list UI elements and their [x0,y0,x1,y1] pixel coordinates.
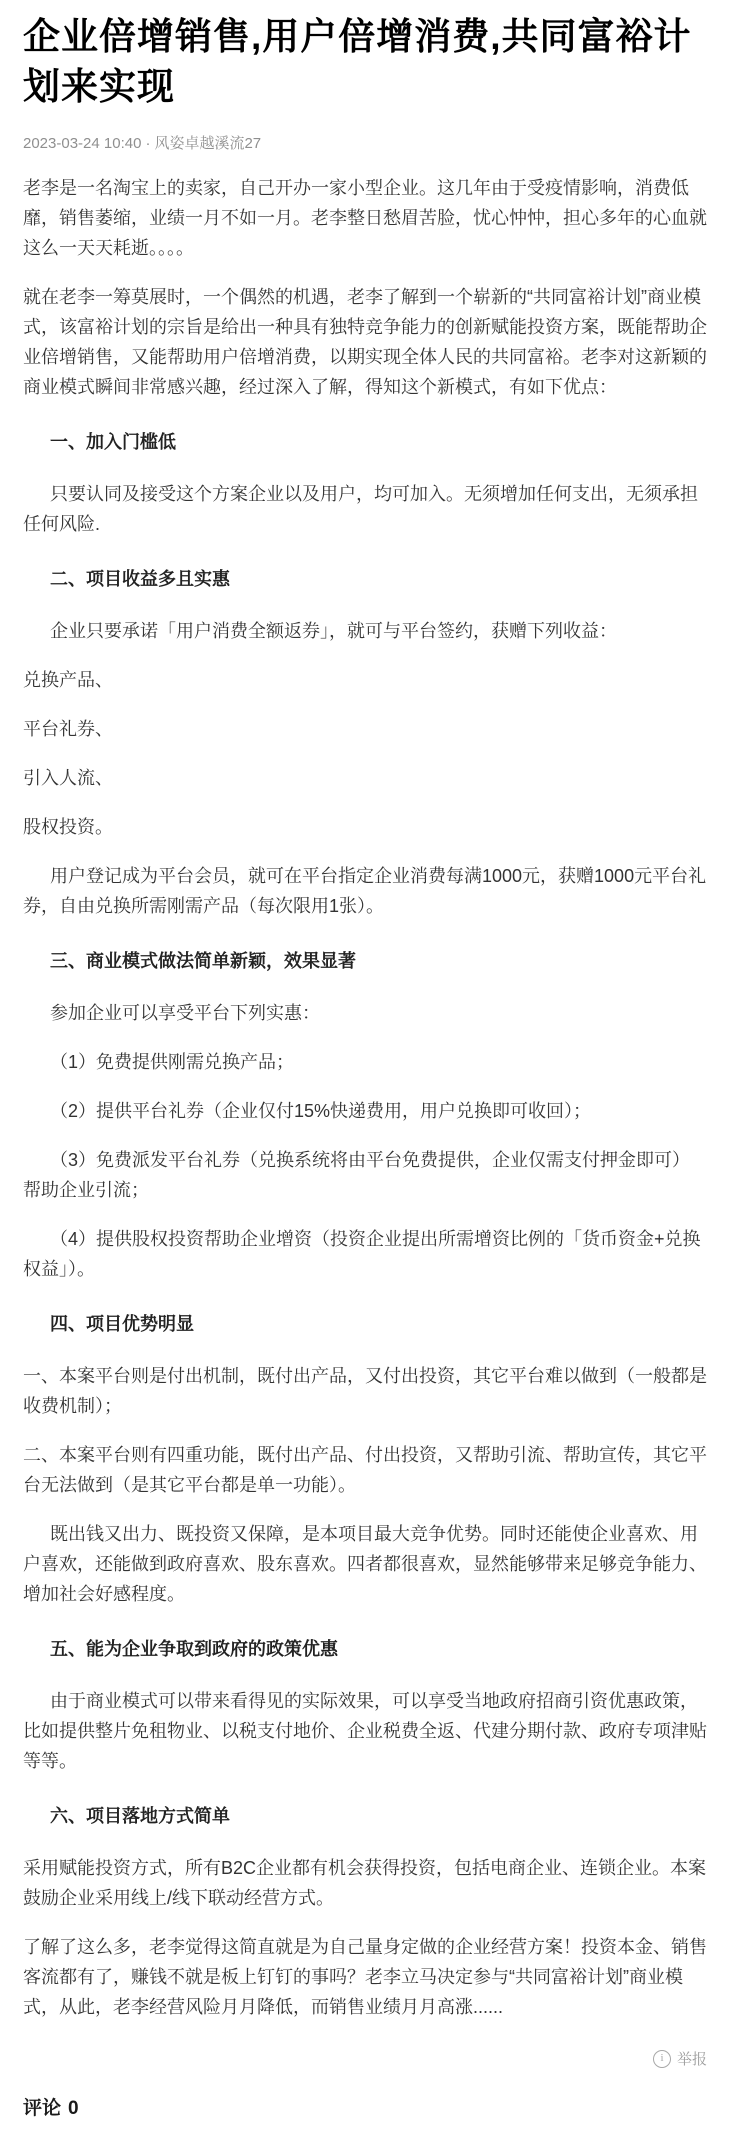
section-heading-5: 五、能为企业争取到政府的政策优惠 [23,1634,707,1664]
article-paragraph: 引入人流、 [23,763,707,793]
section-heading-2: 二、项目收益多且实惠 [23,564,707,594]
article-paragraph: （2）提供平台礼券（企业仅付15%快递费用，用户兑换即可收回）； [23,1096,707,1126]
section-heading-4: 四、项目优势明显 [23,1309,707,1339]
report-button[interactable]: i 举报 [653,2048,707,2069]
publish-date: 2023-03-24 10:40 [23,135,141,152]
meta-separator: · [145,135,150,152]
section-heading-3: 三、商业模式做法简单新颖，效果显著 [23,946,707,976]
article-paragraph: 老李是一名淘宝上的卖家，自己开办一家小型企业。这几年由于受疫情影响，消费低靡，销… [23,173,707,263]
article-paragraph: 既出钱又出力、既投资又保障，是本项目最大竞争优势。同时还能使企业喜欢、用户喜欢，… [23,1519,707,1609]
article-paragraph: 兑换产品、 [23,665,707,695]
page-title: 企业倍增销售,用户倍增消费,共同富裕计划来实现 [23,12,707,112]
article-body: 老李是一名淘宝上的卖家，自己开办一家小型企业。这几年由于受疫情影响，消费低靡，销… [23,173,707,2022]
article-paragraph: 只要认同及接受这个方案企业以及用户，均可加入。无须增加任何支出，无须承担任何风险… [23,479,707,539]
article-paragraph: 由于商业模式可以带来看得见的实际效果，可以享受当地政府招商引资优惠政策，比如提供… [23,1686,707,1776]
article-paragraph: 采用赋能投资方式，所有B2C企业都有机会获得投资，包括电商企业、连锁企业。本案鼓… [23,1853,707,1913]
section-heading-1: 一、加入门槛低 [23,427,707,457]
section-heading-6: 六、项目落地方式简单 [23,1801,707,1831]
article-paragraph: 企业只要承诺「用户消费全额返券」，就可与平台签约，获赠下列收益： [23,616,707,646]
report-label: 举报 [677,2048,707,2069]
article-paragraph: 二、本案平台则有四重功能，既付出产品、付出投资，又帮助引流、帮助宣传，其它平台无… [23,1440,707,1500]
report-row: i 举报 [23,2048,707,2069]
article-paragraph: （4）提供股权投资帮助企业增资（投资企业提出所需增资比例的「货币资金+兑换权益」… [23,1224,707,1284]
article-paragraph: 用户登记成为平台会员，就可在平台指定企业消费每满1000元，获赠1000元平台礼… [23,861,707,921]
article-paragraph: （1）免费提供刚需兑换产品； [23,1047,707,1077]
info-icon: i [653,2050,671,2068]
article-paragraph: 一、本案平台则是付出机制，既付出产品，又付出投资，其它平台难以做到（一般都是收费… [23,1361,707,1421]
author-link[interactable]: 风姿卓越溪流27 [154,135,261,152]
comments-count: 0 [68,2098,79,2119]
article-paragraph: 了解了这么多，老李觉得这简直就是为自己量身定做的企业经营方案！投资本金、销售客流… [23,1932,707,2022]
article-paragraph: 参加企业可以享受平台下列实惠： [23,998,707,1028]
article-paragraph: 股权投资。 [23,812,707,842]
article-page: 企业倍增销售,用户倍增消费,共同富裕计划来实现 2023-03-24 10:40… [0,0,730,2138]
article-paragraph: （3）免费派发平台礼券（兑换系统将由平台免费提供，企业仅需支付押金即可）帮助企业… [23,1145,707,1205]
article-meta: 2023-03-24 10:40·风姿卓越溪流27 [23,134,707,154]
comments-header: 评论0 [23,2093,707,2120]
article-paragraph: 就在老李一筹莫展时，一个偶然的机遇，老李了解到一个崭新的“共同富裕计划”商业模式… [23,282,707,402]
comments-label: 评论 [23,2098,61,2119]
article-paragraph: 平台礼券、 [23,714,707,744]
